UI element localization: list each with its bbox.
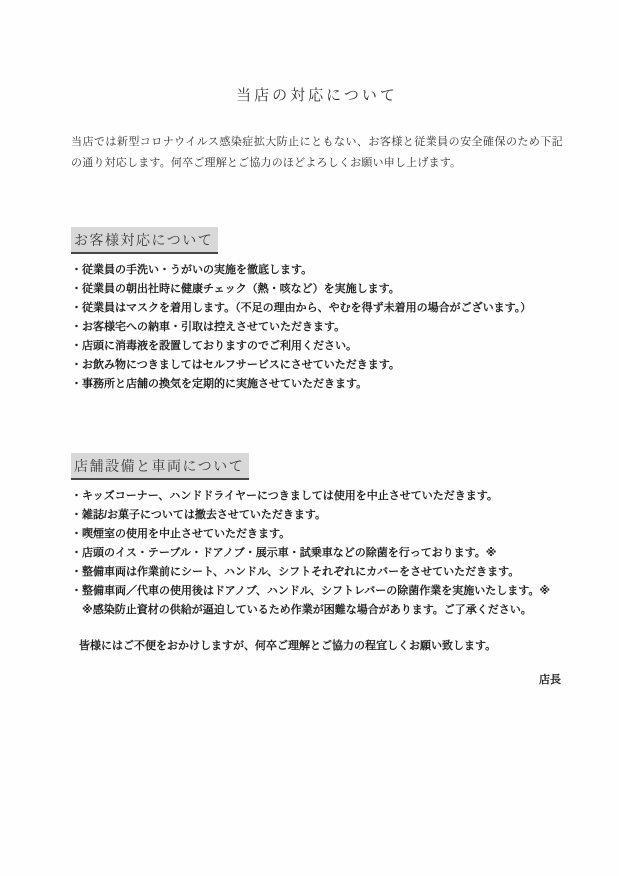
closing-paragraph: 皆様にはご不便をおかけしますが、何卒ご理解とご協力の程宜しくお願い致します。 — [71, 638, 563, 655]
list-item: ・お客様宅への納車・引取は控えさせていただきます。 — [71, 318, 563, 337]
list-item: ・従業員はマスクを着用します。（不足の理由から、やむを得ず未着用の場合がございま… — [71, 299, 563, 318]
section-heading-facilities-vehicles: 店舗設備と車両について — [71, 453, 249, 480]
list-item: ・雑誌/お菓子については撤去させていただきます。 — [71, 506, 563, 525]
list-item: ・整備車両は作業前にシート、ハンドル、シフトそれぞれにカバーをさせていただきます… — [71, 563, 563, 582]
list-item: ・従業員の朝出社時に健康チェック（熱・咳など）を実施します。 — [71, 280, 563, 299]
bullet-list-facilities-vehicles: ・キッズコーナー、ハンドドライヤーにつきましては使用を中止させていただきます。 … — [71, 487, 563, 601]
section-customer-response: お客様対応について ・従業員の手洗い・うがいの実施を徹底します。 ・従業員の朝出… — [71, 227, 563, 394]
list-item: ・店頭に消毒液を設置しておりますのでご利用ください。 — [71, 337, 563, 356]
list-item: ・キッズコーナー、ハンドドライヤーにつきましては使用を中止させていただきます。 — [71, 487, 563, 506]
list-item: ・整備車両／代車の使用後はドアノブ、ハンドル、シフトレバーの除菌作業を実施いたし… — [71, 582, 563, 601]
supply-shortage-footnote: ※感染防止資材の供給が逼迫しているため作業が困難な場合があります。ご了承ください… — [71, 601, 563, 620]
list-item: ・従業員の手洗い・うがいの実施を徹底します。 — [71, 261, 563, 280]
document-page: 当店の対応について 当店では新型コロナウイルス感染症拡大防止にともない、お客様と… — [0, 0, 619, 876]
page-title: 当店の対応について — [71, 0, 563, 105]
bullet-list-customer-response: ・従業員の手洗い・うがいの実施を徹底します。 ・従業員の朝出社時に健康チェック（… — [71, 261, 563, 394]
list-item: ・喫煙室の使用を中止させていただきます。 — [71, 525, 563, 544]
list-item: ・店頭のイス・テーブル・ドアノブ・展示車・試乗車などの除菌を行っております。※ — [71, 544, 563, 563]
signature: 店長 — [71, 671, 561, 687]
section-heading-customer-response: お客様対応について — [71, 227, 218, 254]
section-facilities-vehicles: 店舗設備と車両について ・キッズコーナー、ハンドドライヤーにつきましては使用を中… — [71, 453, 563, 620]
intro-paragraph: 当店では新型コロナウイルス感染症拡大防止にともない、お客様と従業員の安全確保のた… — [71, 132, 563, 174]
list-item: ・事務所と店舗の換気を定期的に実施させていただきます。 — [71, 375, 563, 394]
list-item: ・お飲み物につきましてはセルフサービスにさせていただきます。 — [71, 356, 563, 375]
